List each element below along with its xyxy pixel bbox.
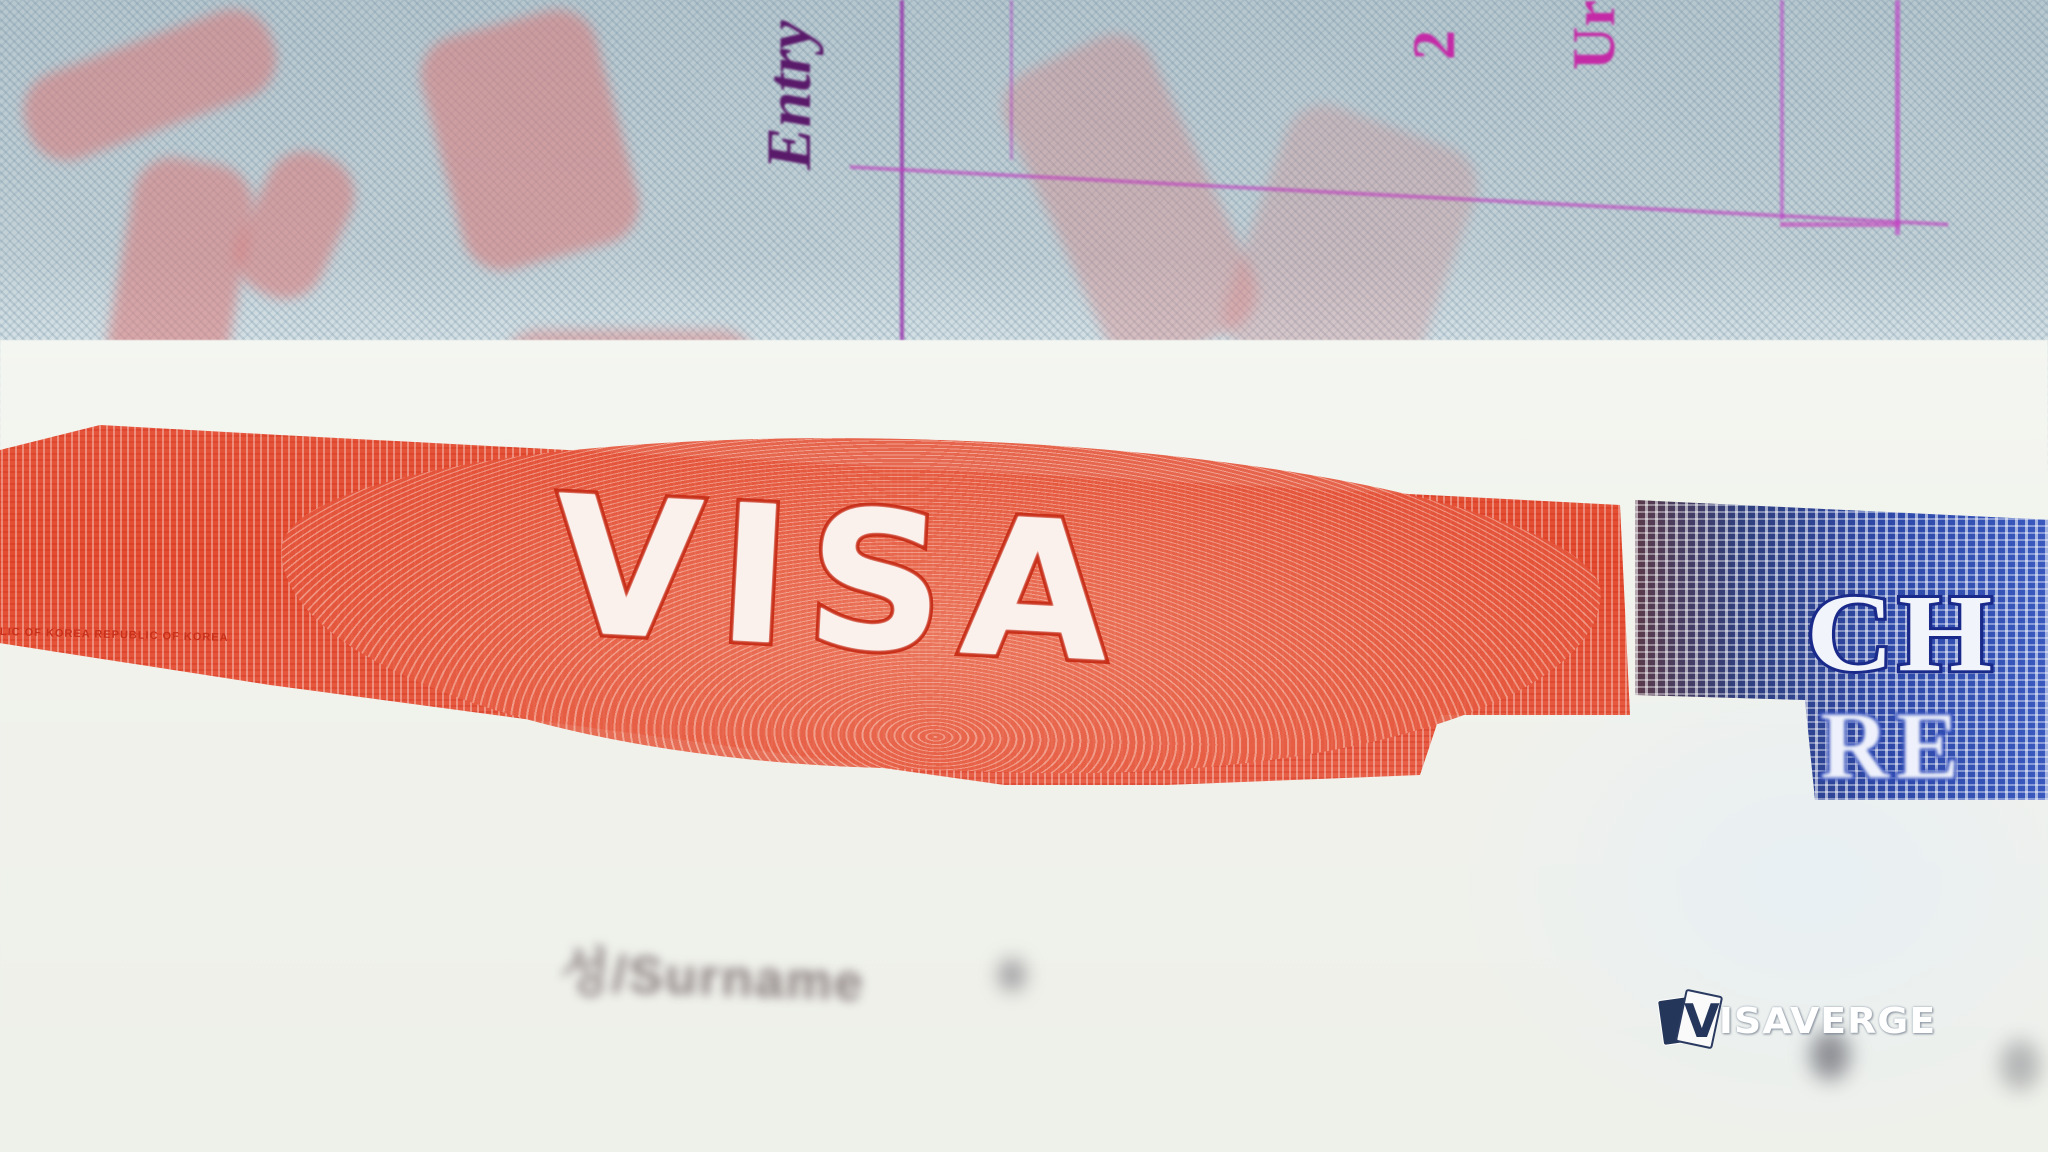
stamp-border xyxy=(1780,222,1900,227)
stamp-border xyxy=(1895,0,1900,235)
faded-print xyxy=(12,0,287,172)
entry-stamp-text: Entry xyxy=(752,21,826,170)
visa-title: VISA xyxy=(548,455,1132,706)
passport-visa-photo: Entry 2 Ur CH RE VISA LIC OF KOREA REPUB… xyxy=(0,0,2048,1152)
surname-field-label: 성/Surname xyxy=(559,930,867,1016)
visaverge-watermark: V ISAVERGE xyxy=(1660,992,1931,1050)
blurred-mark xyxy=(1000,960,1024,990)
stamp-border xyxy=(1010,0,1013,160)
stamp-border xyxy=(1780,0,1784,220)
logo-v-letter: V xyxy=(1684,994,1720,1048)
stamp-mark: Ur xyxy=(1560,0,1629,70)
watermark-brand-text: ISAVERGE xyxy=(1719,1001,1936,1042)
blue-strip-text: CH xyxy=(1806,570,1996,697)
blue-strip-text: RE xyxy=(1820,690,1965,801)
stamp-mark: 2 xyxy=(1400,30,1469,60)
faded-print xyxy=(412,1,648,279)
blurred-mark xyxy=(2000,1040,2040,1090)
faded-print xyxy=(223,138,368,312)
